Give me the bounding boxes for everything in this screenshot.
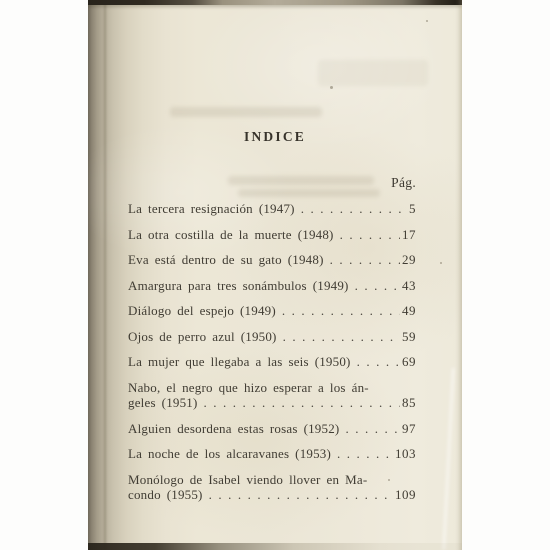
dot-leader: ........................................… (301, 201, 407, 217)
toc-entry-title: La noche de los alcaravanes (1953) (128, 446, 331, 462)
toc-entry: Alguien desordena estas rosas (1952) ...… (128, 421, 416, 437)
toc-entry: Eva está dentro de su gato (1948) ......… (128, 252, 416, 268)
toc-entry: La noche de los alcaravanes (1953) .....… (128, 446, 416, 462)
page-title: INDICE (88, 129, 462, 145)
toc-entry-title: Eva está dentro de su gato (1948) (128, 252, 324, 268)
toc-entry: Ojos de perro azul (1950) ..............… (128, 329, 416, 345)
toc-entry-title: La mujer que llegaba a las seis (1950) (128, 354, 351, 370)
scan-bottom-edge (88, 543, 462, 550)
paper-crease (442, 368, 455, 550)
toc-entry-title: La otra costilla de la muerte (1948) (128, 227, 334, 243)
toc-entry: Diálogo del espejo (1949) ..............… (128, 303, 416, 319)
toc-entry-title: Amargura para tres sonámbulos (1949) (128, 278, 349, 294)
toc-entry: La mujer que llegaba a las seis (1950) .… (128, 354, 416, 370)
dot-leader: ........................................… (330, 252, 400, 268)
screenshot-root: { "document": { "title": "INDICE", "colu… (0, 0, 550, 550)
toc-entry: La tercera resignación (1947) ..........… (128, 201, 416, 217)
toc-entry-title: Diálogo del espejo (1949) (128, 303, 276, 319)
toc-entry-page: 103 (395, 446, 416, 462)
dot-leader: ........................................… (204, 395, 400, 411)
dot-leader: ........................................… (355, 278, 400, 294)
table-of-contents: La tercera resignación (1947) ..........… (128, 201, 416, 513)
ink-speck (426, 20, 428, 22)
page-right-edge-shading (455, 0, 462, 550)
toc-entry-page: 59 (402, 329, 416, 345)
toc-entry-title: La tercera resignación (1947) (128, 201, 295, 217)
dot-leader: ........................................… (357, 354, 400, 370)
toc-entry-page: 5 (409, 201, 416, 217)
book-page-scan: INDICE Pág. La tercera resignación (1947… (88, 0, 462, 550)
toc-entry-title: Ojos de perro azul (1950) (128, 329, 277, 345)
dot-leader: ........................................… (340, 227, 400, 243)
toc-entry-title-continued: condo (1955) (128, 487, 203, 503)
toc-entry-page: 29 (402, 252, 416, 268)
page-column-header: Pág. (128, 175, 416, 191)
toc-entry-title: Nabo, el negro que hizo esperar a los án… (128, 380, 369, 396)
toc-entry: Nabo, el negro que hizo esperar a los án… (128, 380, 416, 411)
toc-entry-page: 97 (402, 421, 416, 437)
dot-leader: ........................................… (345, 421, 400, 437)
toc-entry-page: 43 (402, 278, 416, 294)
dot-leader: ........................................… (337, 446, 393, 462)
toc-entry-title-continued: geles (1951) (128, 395, 198, 411)
toc-entry-title: Alguien desordena estas rosas (1952) (128, 421, 339, 437)
toc-entry: Amargura para tres sonámbulos (1949) ...… (128, 278, 416, 294)
toc-entry-page: 69 (402, 354, 416, 370)
toc-entry-page: 49 (402, 303, 416, 319)
toc-entry-page: 109 (395, 487, 416, 503)
toc-entry-page: 17 (402, 227, 416, 243)
bleed-through-smudge (170, 107, 322, 117)
toc-entry: La otra costilla de la muerte (1948) ...… (128, 227, 416, 243)
dot-leader: ........................................… (283, 329, 400, 345)
gutter-shadow-line (104, 0, 106, 550)
toc-entry: Monólogo de Isabel viendo llover en Ma- … (128, 472, 416, 503)
toc-entry-page: 85 (402, 395, 416, 411)
ink-speck (330, 86, 333, 89)
scan-top-edge (88, 0, 462, 5)
toc-entry-title: Monólogo de Isabel viendo llover en Ma- (128, 472, 367, 488)
dot-leader: ........................................… (282, 303, 400, 319)
ink-speck (440, 262, 442, 264)
bleed-through-smudge (318, 60, 428, 86)
dot-leader: ........................................… (209, 487, 393, 503)
